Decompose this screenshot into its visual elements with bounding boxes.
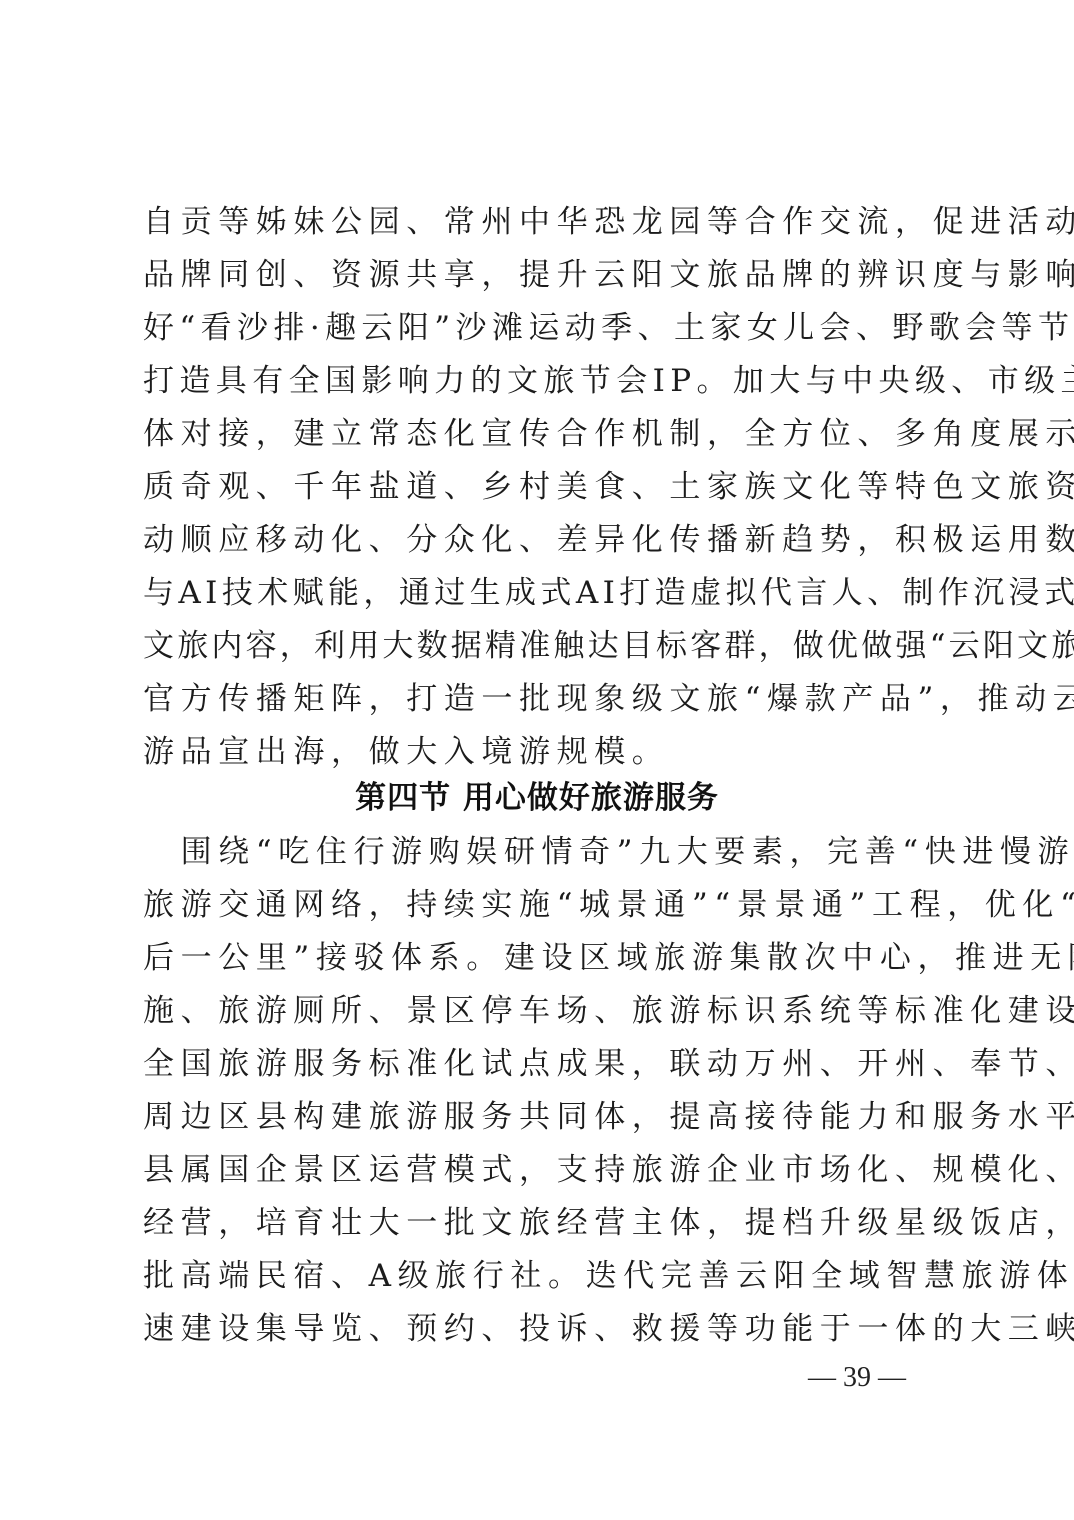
text-line: 旅游交通网络，持续实施“城景通”“景景通”工程，优化“最 <box>143 885 1074 925</box>
text-line: 游品宣出海，做大入境游规模。 <box>143 732 669 772</box>
text-line: 文旅内容，利用大数据精准触达目标客群，做优做强“云阳文旅” <box>143 626 1074 666</box>
text-line: 周边区县构建旅游服务共同体，提高接待能力和服务水平。优化 <box>143 1097 1074 1137</box>
text-line: 全国旅游服务标准化试点成果，联动万州、开州、奉节、巫山等 <box>143 1044 1074 1084</box>
text-line: 后一公里”接驳体系。建设区域旅游集散次中心，推进无障碍设 <box>143 938 1074 978</box>
text-line: 体对接，建立常态化宣传合作机制，全方位、多角度展示云阳地 <box>143 414 1074 454</box>
text-line: 品牌同创、资源共享，提升云阳文旅品牌的辨识度与影响力。办 <box>143 255 1074 295</box>
text-line: 速建设集导览、预约、投诉、救援等功能于一体的大三峡智慧旅 <box>143 1309 1074 1349</box>
text-line: 与AI技术赋能，通过生成式AI打造虚拟代言人、制作沉浸式数字 <box>143 573 1074 613</box>
text-line: 围绕“吃住行游购娱研情奇”九大要素，完善“快进慢游” <box>143 832 1074 872</box>
text-line: 质奇观、千年盐道、乡村美食、土家族文化等特色文旅资源。主 <box>143 467 1074 507</box>
page-number: — 39 — <box>808 1360 906 1396</box>
document-page: 自贡等姊妹公园、常州中华恐龙园等合作交流，促进活动联办、 品牌同创、资源共享，提… <box>0 0 1074 1520</box>
text-line: 官方传播矩阵，打造一批现象级文旅“爆款产品”，推动云阳旅 <box>143 679 1074 719</box>
text-line: 动顺应移动化、分众化、差异化传播新趋势，积极运用数字营销 <box>143 520 1074 560</box>
text-line: 好“看沙排·趣云阳”沙滩运动季、土家女儿会、野歌会等节会， <box>143 308 1074 348</box>
text-line: 施、旅游厕所、景区停车场、旅游标识系统等标准化建设，拓展 <box>143 991 1074 1031</box>
text-line: 批高端民宿、A级旅行社。迭代完善云阳全域智慧旅游体系，提 <box>143 1256 1074 1296</box>
text-line: 打造具有全国影响力的文旅节会IP。加大与中央级、市级主流媒 <box>143 361 1074 401</box>
text-line: 县属国企景区运营模式，支持旅游企业市场化、规模化、品牌化 <box>143 1150 1074 1190</box>
text-line: 自贡等姊妹公园、常州中华恐龙园等合作交流，促进活动联办、 <box>143 202 1074 242</box>
section-heading: 第四节 用心做好旅游服务 <box>0 778 1074 818</box>
text-line: 经营，培育壮大一批文旅经营主体，提档升级星级饭店，打造一 <box>143 1203 1074 1243</box>
